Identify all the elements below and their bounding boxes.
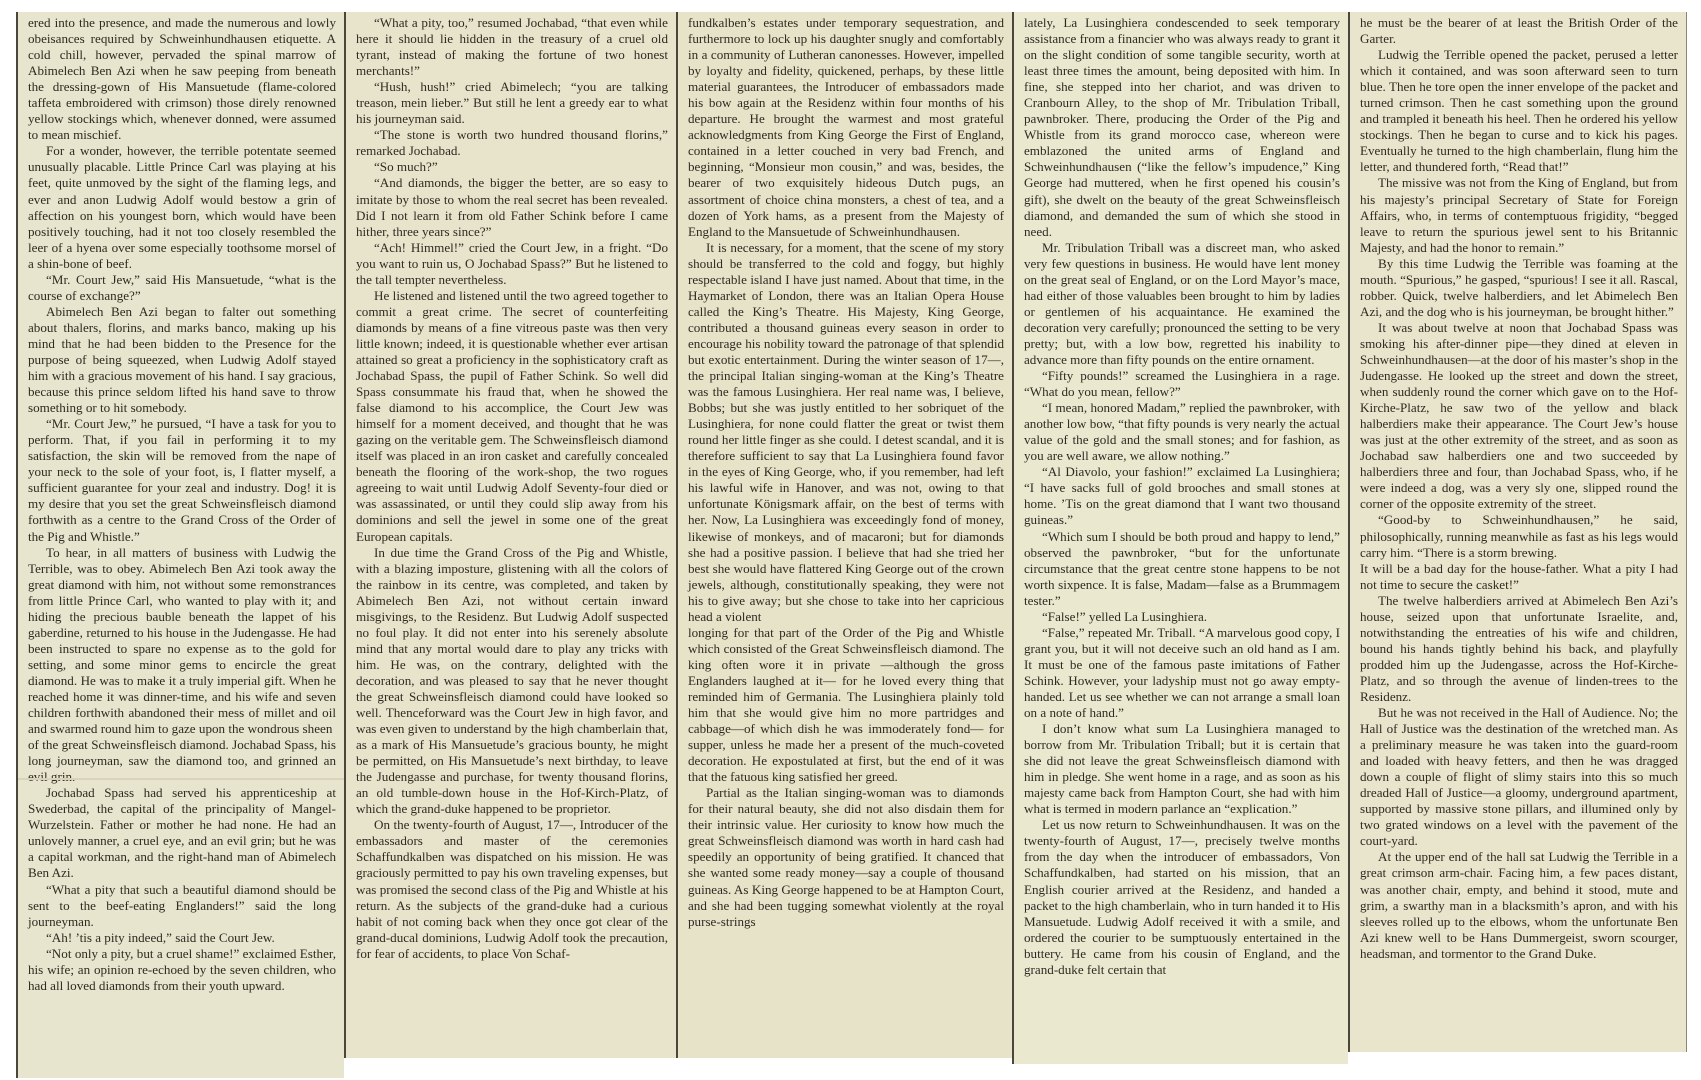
paragraph: “Which sum I should be both proud and ha… — [1024, 529, 1340, 609]
column-rule-left — [16, 12, 18, 1078]
paragraph: The missive was not from the King of Eng… — [1360, 175, 1678, 255]
paragraph: “What a pity that such a beautiful diamo… — [28, 882, 336, 930]
paste-seam — [18, 778, 344, 780]
paragraph: It was about twelve at noon that Jochaba… — [1360, 320, 1678, 513]
paragraph: “Ah! ’tis a pity indeed,” said the Court… — [28, 930, 336, 946]
paragraph: “Mr. Court Jew,” said His Mansuetude, “w… — [28, 272, 336, 304]
paragraph: On the twenty-fourth of August, 17—, Int… — [356, 817, 668, 961]
paragraph: “I mean, honored Madam,” replied the paw… — [1024, 400, 1340, 464]
paragraph: “Fifty pounds!” screamed the Lusinghiera… — [1024, 368, 1340, 400]
paragraph: I don’t know what sum La Lusinghiera man… — [1024, 721, 1340, 817]
paragraph: Ludwig the Terrible opened the packet, p… — [1360, 47, 1678, 175]
paragraph: ered into the presence, and made the num… — [28, 15, 336, 143]
paragraph: he must be the bearer of at least the Br… — [1360, 15, 1678, 47]
paragraph: It will be a bad day for the house-fathe… — [1360, 561, 1678, 593]
column-1: ered into the presence, and made the num… — [18, 12, 344, 1078]
column-rule-3 — [1012, 12, 1014, 1064]
paragraph: longing for that part of the Order of th… — [688, 625, 1004, 785]
paragraph: “Ach! Himmel!” cried the Court Jew, in a… — [356, 240, 668, 288]
paragraph: “Not only a pity, but a cruel shame!” ex… — [28, 946, 336, 994]
column-2: “What a pity, too,” resumed Jochabad, “t… — [346, 12, 676, 1058]
paragraph: To hear, in all matters of business with… — [28, 545, 336, 738]
paragraph: For a wonder, however, the terrible pote… — [28, 143, 336, 271]
paragraph: “Hush, hush!” cried Abimelech; “you are … — [356, 79, 668, 127]
paragraph: “The stone is worth two hundred thousand… — [356, 127, 668, 159]
column-rule-4 — [1348, 12, 1350, 1052]
column-rule-1 — [344, 12, 346, 1058]
column-4: lately, La Lusinghiera condescended to s… — [1014, 12, 1348, 1064]
paragraph: It is necessary, for a moment, that the … — [688, 240, 1004, 625]
paragraph: “So much?” — [356, 159, 668, 175]
paragraph: “And diamonds, the bigger the better, ar… — [356, 175, 668, 239]
paragraph: Mr. Tribulation Triball was a discreet m… — [1024, 240, 1340, 368]
paragraph: Partial as the Italian singing-woman was… — [688, 785, 1004, 929]
column-rule-2 — [676, 12, 678, 1058]
paragraph: “Al Diavolo, your fashion!” exclaimed La… — [1024, 464, 1340, 528]
paragraph: The twelve halberdiers arrived at Abimel… — [1360, 593, 1678, 705]
paragraph: Jochabad Spass had served his apprentice… — [28, 785, 336, 881]
column-5: he must be the bearer of at least the Br… — [1350, 12, 1686, 1052]
paragraph: fundkalben’s estates under temporary seq… — [688, 15, 1004, 240]
paragraph: But he was not received in the Hall of A… — [1360, 705, 1678, 849]
paragraph: “What a pity, too,” resumed Jochabad, “t… — [356, 15, 668, 79]
paragraph: Abimelech Ben Azi began to falter out so… — [28, 304, 336, 416]
paragraph: “Good-by to Schweinhundhausen,” he said,… — [1360, 512, 1678, 560]
paragraph: “False!” yelled La Lusinghiera. — [1024, 609, 1340, 625]
paragraph: “Mr. Court Jew,” he pursued, “I have a t… — [28, 416, 336, 544]
paragraph: At the upper end of the hall sat Ludwig … — [1360, 849, 1678, 961]
newspaper-page: ered into the presence, and made the num… — [0, 0, 1701, 1080]
paragraph: By this time Ludwig the Terrible was foa… — [1360, 256, 1678, 320]
paragraph: “False,” repeated Mr. Triball. “A marvel… — [1024, 625, 1340, 721]
paragraph: He listened and listened until the two a… — [356, 288, 668, 545]
paragraph: lately, La Lusinghiera condescended to s… — [1024, 15, 1340, 240]
paragraph: Let us now return to Schweinhundhausen. … — [1024, 817, 1340, 977]
paragraph: In due time the Grand Cross of the Pig a… — [356, 545, 668, 818]
column-3: fundkalben’s estates under temporary seq… — [678, 12, 1012, 1058]
page-edge-right — [1686, 12, 1687, 1052]
